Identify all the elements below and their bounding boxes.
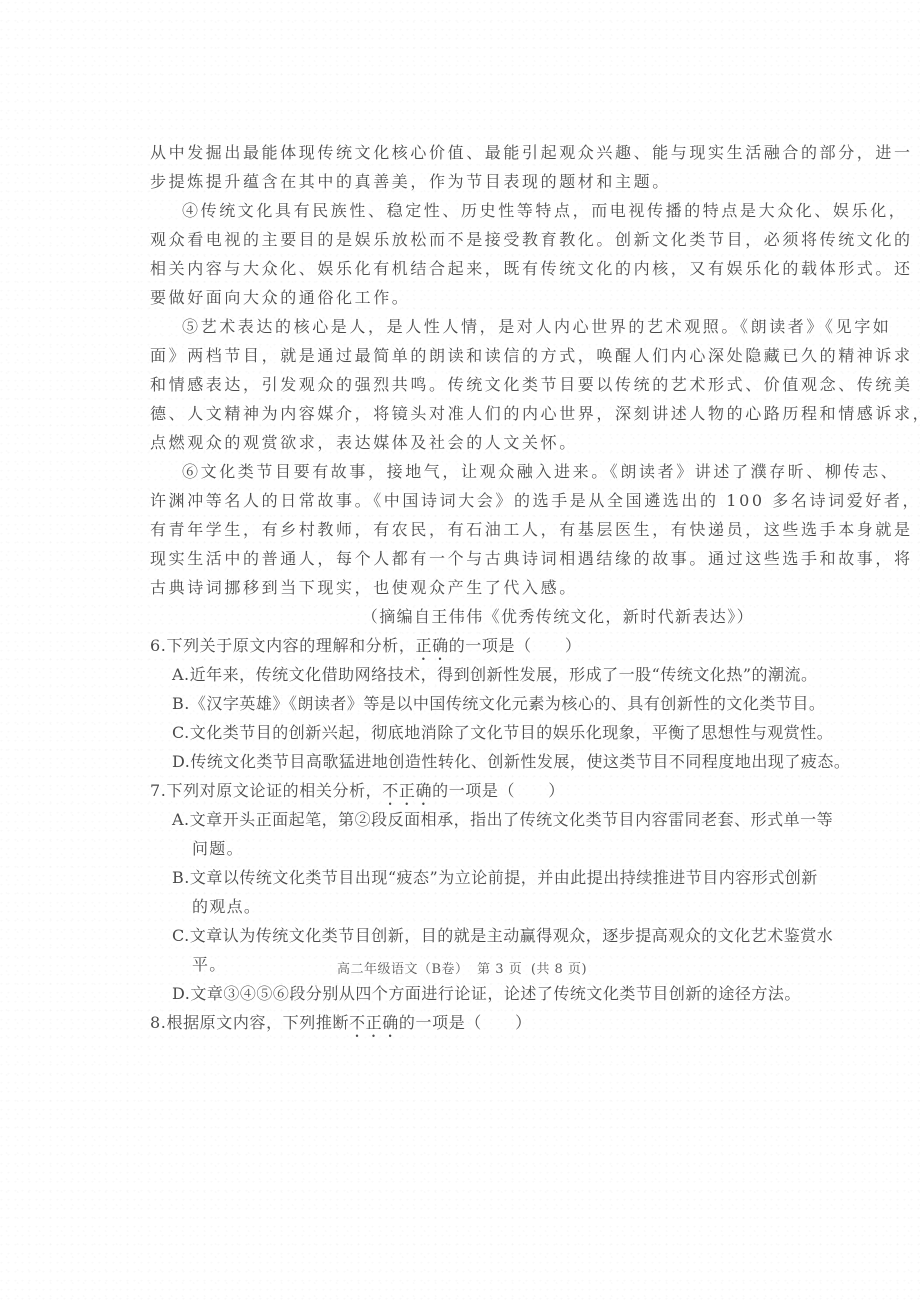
- paragraph-4-line: 相关内容与大众化、娱乐化有机结合起来，既有传统文化的内核，又有娱乐化的载体形式。…: [150, 254, 764, 283]
- question-number: 8.: [150, 1013, 166, 1032]
- question-6-option-d: D.传统文化类节目高歌猛进地创造性转化、创新性发展，使这类节目不同程度地出现了疲…: [150, 747, 764, 776]
- paragraph-6-line: ⑥文化类节目要有故事，接地气，让观众融入进来。《朗读者》讲述了濮存昕、柳传志、: [150, 457, 764, 486]
- page-number: 第 3 页: [477, 962, 522, 977]
- paragraph-6-line: 现实生活中的普通人，每个人都有一个与古典诗词相遇结缘的故事。通过这些选手和故事，…: [150, 544, 764, 573]
- question-number: 6.: [150, 636, 166, 655]
- page-footer: 高二年级语文（B卷） 第 3 页 (共 8 页): [0, 958, 920, 977]
- paragraph-5-line: 点燃观众的观赏欲求，表达媒体及社会的人文关怀。: [150, 428, 764, 457]
- paragraph-4-line: ④传统文化具有民族性、稳定性、历史性等特点，而电视传播的特点是大众化、娱乐化，: [150, 196, 764, 225]
- paragraph-4-line: 观众看电视的主要目的是娱乐放松而不是接受教育教化。创新文化类节目，必须将传统文化…: [150, 225, 764, 254]
- paragraph-4-line: 要做好面向大众的通俗化工作。: [150, 283, 764, 312]
- emphasis-mark: 不正确: [382, 781, 432, 800]
- question-7-option-b: B.文章以传统文化类节目出现“疲态”为立论前提，并由此提出持续推进节目内容形式创…: [150, 863, 764, 892]
- paragraph-5-line: 面》两档节目，就是通过最简单的朗读和读信的方式，唤醒人们内心深处隐藏已久的精神诉…: [150, 341, 764, 370]
- question-6-stem: 6.下列关于原文内容的理解和分析，正确的一项是（ ）: [150, 631, 764, 660]
- paragraph-5-line: 和情感表达，引发观众的强烈共鸣。传统文化类节目要以传统的艺术形式、价值观念、传统…: [150, 370, 764, 399]
- document-page: 从中发掘出最能体现传统文化核心价值、最能引起观众兴趣、能与现实生活融合的部分，进…: [0, 0, 920, 1302]
- passage-line: 步提炼提升蕴含在其中的真善美，作为节目表现的题材和主题。: [150, 167, 764, 196]
- paragraph-6-line: 许渊冲等名人的日常故事。《中国诗词大会》的选手是从全国遴选出的 100 多名诗词…: [150, 486, 764, 515]
- question-7-option-c: C.文章认为传统文化类节目创新，目的就是主动赢得观众，逐步提高观众的文化艺术鉴赏…: [150, 921, 764, 950]
- paragraph-6-line: 有青年学生，有乡村教师，有农民，有石油工人，有基层医生，有快递员，这些选手本身就…: [150, 515, 764, 544]
- question-8-stem: 8.根据原文内容，下列推断不正确的一项是（ ）: [150, 1008, 764, 1037]
- question-number: 7.: [150, 781, 166, 800]
- emphasis-mark: 正确: [415, 636, 448, 655]
- paragraph-6-line: 古典诗词挪移到当下现实，也使观众产生了代入感。: [150, 573, 764, 602]
- question-6-option-b: B.《汉字英雄》《朗读者》等是以中国传统文化元素为核心的、具有创新性的文化类节目…: [150, 689, 764, 718]
- question-6-option-a: A.近年来，传统文化借助网络技术，得到创新性发展，形成了一股“传统文化热”的潮流…: [150, 660, 764, 689]
- exam-title: 高二年级语文（B卷）: [337, 962, 469, 977]
- emphasis-mark: 不正确: [349, 1013, 399, 1032]
- paragraph-5-line: ⑤艺术表达的核心是人，是人性人情，是对人内心世界的艺术观照。《朗读者》《见字如: [150, 312, 764, 341]
- passage-line: 从中发掘出最能体现传统文化核心价值、最能引起观众兴趣、能与现实生活融合的部分，进…: [150, 138, 764, 167]
- paragraph-5-line: 德、人文精神为内容媒介，将镜头对准人们的内心世界，深刻讲述人物的心路历程和情感诉…: [150, 399, 764, 428]
- question-7-option-a-cont: 问题。: [150, 834, 764, 863]
- page-total: (共 8 页): [531, 962, 587, 977]
- page-content: 从中发掘出最能体现传统文化核心价值、最能引起观众兴趣、能与现实生活融合的部分，进…: [150, 138, 764, 1037]
- question-7-option-b-cont: 的观点。: [150, 892, 764, 921]
- source-citation: （摘编自王伟伟《优秀传统文化，新时代新表达》）: [150, 602, 764, 631]
- question-6-option-c: C.文化类节目的创新兴起，彻底地消除了文化节目的娱乐化现象，平衡了思想性与观赏性…: [150, 718, 764, 747]
- question-7-option-d: D.文章③④⑤⑥段分别从四个方面进行论证，论述了传统文化类节目创新的途径方法。: [150, 979, 764, 1008]
- question-7-stem: 7.下列对原文论证的相关分析，不正确的一项是（ ）: [150, 776, 764, 805]
- question-7-option-a: A.文章开头正面起笔，第②段反面相承，指出了传统文化类节目内容雷同老套、形式单一…: [150, 805, 764, 834]
